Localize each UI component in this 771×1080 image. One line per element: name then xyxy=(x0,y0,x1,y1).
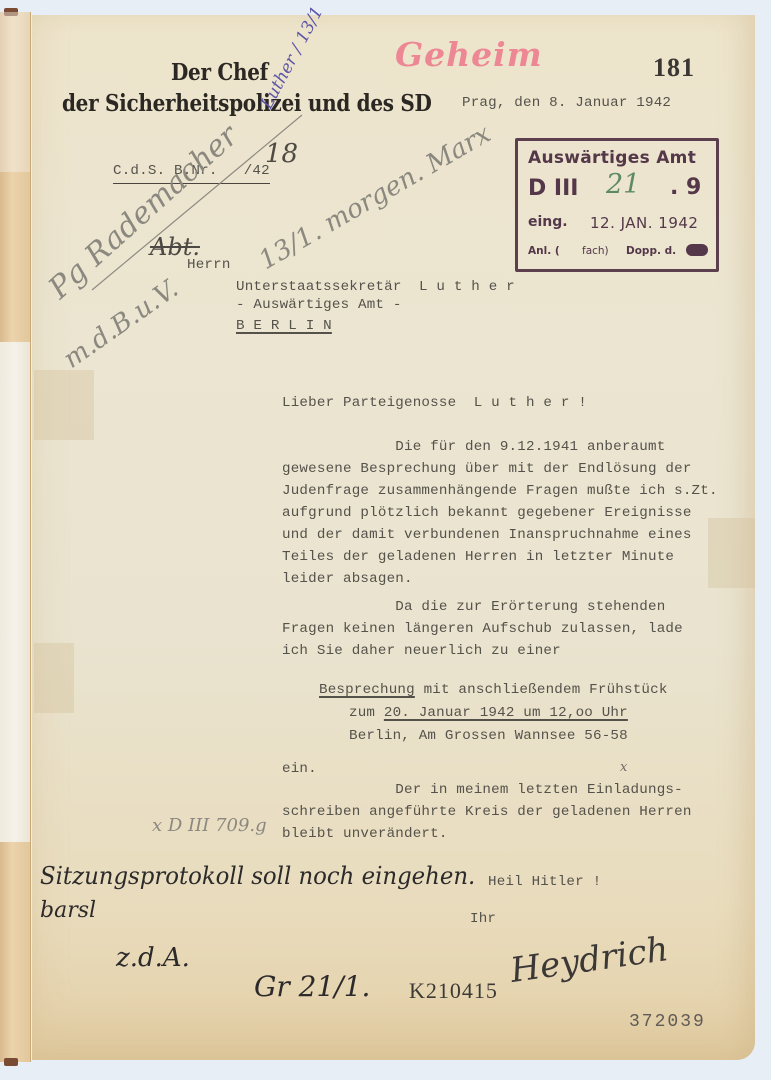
signature: Heydrich xyxy=(508,929,671,991)
letterhead-title: Der Chef xyxy=(171,58,268,86)
body-line: ich Sie daher neuerlich zu einer xyxy=(282,640,683,662)
body-line: Die für den 9.12.1941 anberaumt xyxy=(282,436,718,458)
stamp-office: Auswärtiges Amt xyxy=(528,148,696,168)
body-line: schreiben angeführte Kreis der geladenen… xyxy=(282,801,692,823)
stamp-received-date: 12. JAN. 1942 xyxy=(590,214,698,232)
paragraph-2: Da die zur Erörterung stehenden Fragen k… xyxy=(282,596,683,662)
closing: Heil Hitler ! xyxy=(488,871,601,893)
body-line: Teiles der geladenen Herren in letzter M… xyxy=(282,546,718,568)
tape-strip xyxy=(0,12,30,172)
handwritten-initials: Gr 21/1. xyxy=(254,970,370,1003)
document-page: Der Chef der Sicherheitspolizei und des … xyxy=(32,15,755,1060)
handwritten-note: Sitzungsprotokoll soll noch eingehen. xyxy=(40,862,475,890)
film-number: K210415 xyxy=(409,978,498,1004)
meeting-date: 20. Januar 1942 um 12,oo Uhr xyxy=(384,705,628,721)
body-ein: ein. xyxy=(282,758,317,780)
body-line: aufgrund plötzlich bekannt gegebener Ere… xyxy=(282,502,718,524)
frame-number: 372039 xyxy=(629,1012,706,1032)
body-line: Der in meinem letzten Einladungs- xyxy=(282,779,692,801)
pencil-reference-note: x D III 709.g xyxy=(152,815,267,836)
paper-patch xyxy=(34,643,74,713)
place-date: Prag, den 8. Januar 1942 xyxy=(462,92,671,114)
meeting-location: Berlin, Am Grossen Wannsee 56-58 xyxy=(349,725,628,747)
meeting-date-prefix: zum xyxy=(349,705,384,721)
paragraph-3: Der in meinem letzten Einladungs- schrei… xyxy=(282,779,692,845)
page-number: 181 xyxy=(653,53,695,83)
closing-ihr: Ihr xyxy=(470,908,496,930)
meeting-line-2: zum 20. Januar 1942 um 12,oo Uhr xyxy=(349,702,628,724)
binding-edge xyxy=(4,1058,18,1066)
tape-strip xyxy=(0,342,30,842)
meeting-title: Besprechung xyxy=(319,682,415,698)
greeting: Lieber Parteigenosse L u t h e r ! xyxy=(282,392,587,414)
handwritten-note-2: barsl xyxy=(40,898,96,923)
stamp-footer-left: Anl. ( xyxy=(528,245,560,257)
tick-mark: x xyxy=(620,760,627,775)
receipt-stamp: Auswärtiges Amt D III 21 . 9 eing. 12. J… xyxy=(515,138,719,272)
body-line: Da die zur Erörterung stehenden xyxy=(282,596,683,618)
body-line: leider absagen. xyxy=(282,568,718,590)
handwritten-zda: z.d.A. xyxy=(116,943,190,973)
addressee-salutation: Herrn xyxy=(187,254,231,276)
addressee-office: - Auswärtiges Amt - xyxy=(236,294,402,316)
body-line: bleibt unverändert. xyxy=(282,823,692,845)
stamp-handwritten-number: 21 xyxy=(606,169,640,200)
paper-patch xyxy=(34,370,94,440)
body-line: Judenfrage zusammenhängende Fragen mußte… xyxy=(282,480,718,502)
stamp-footer-right: Dopp. d. xyxy=(626,245,676,257)
stamp-footer-mid: fach) xyxy=(582,245,609,257)
body-line: gewesene Besprechung über mit der Endlös… xyxy=(282,458,718,480)
addressee-city: B E R L I N xyxy=(236,315,332,337)
stamp-number-suffix: . 9 xyxy=(670,175,701,200)
meeting-line-1: Besprechung mit anschließendem Frühstück xyxy=(319,679,668,701)
classification-stamp: Geheim xyxy=(395,35,543,74)
body-line: und der damit verbundenen Inanspruchnahm… xyxy=(282,524,718,546)
meeting-subtitle: mit anschließendem Frühstück xyxy=(415,682,668,698)
stamp-received-label: eing. xyxy=(528,214,568,230)
stamp-dept: D III xyxy=(528,176,578,201)
ink-blot xyxy=(686,244,708,256)
body-line: Fragen keinen längeren Aufschub zulassen… xyxy=(282,618,683,640)
paragraph-1: Die für den 9.12.1941 anberaumt gewesene… xyxy=(282,436,718,590)
binding-strip xyxy=(0,12,31,1062)
